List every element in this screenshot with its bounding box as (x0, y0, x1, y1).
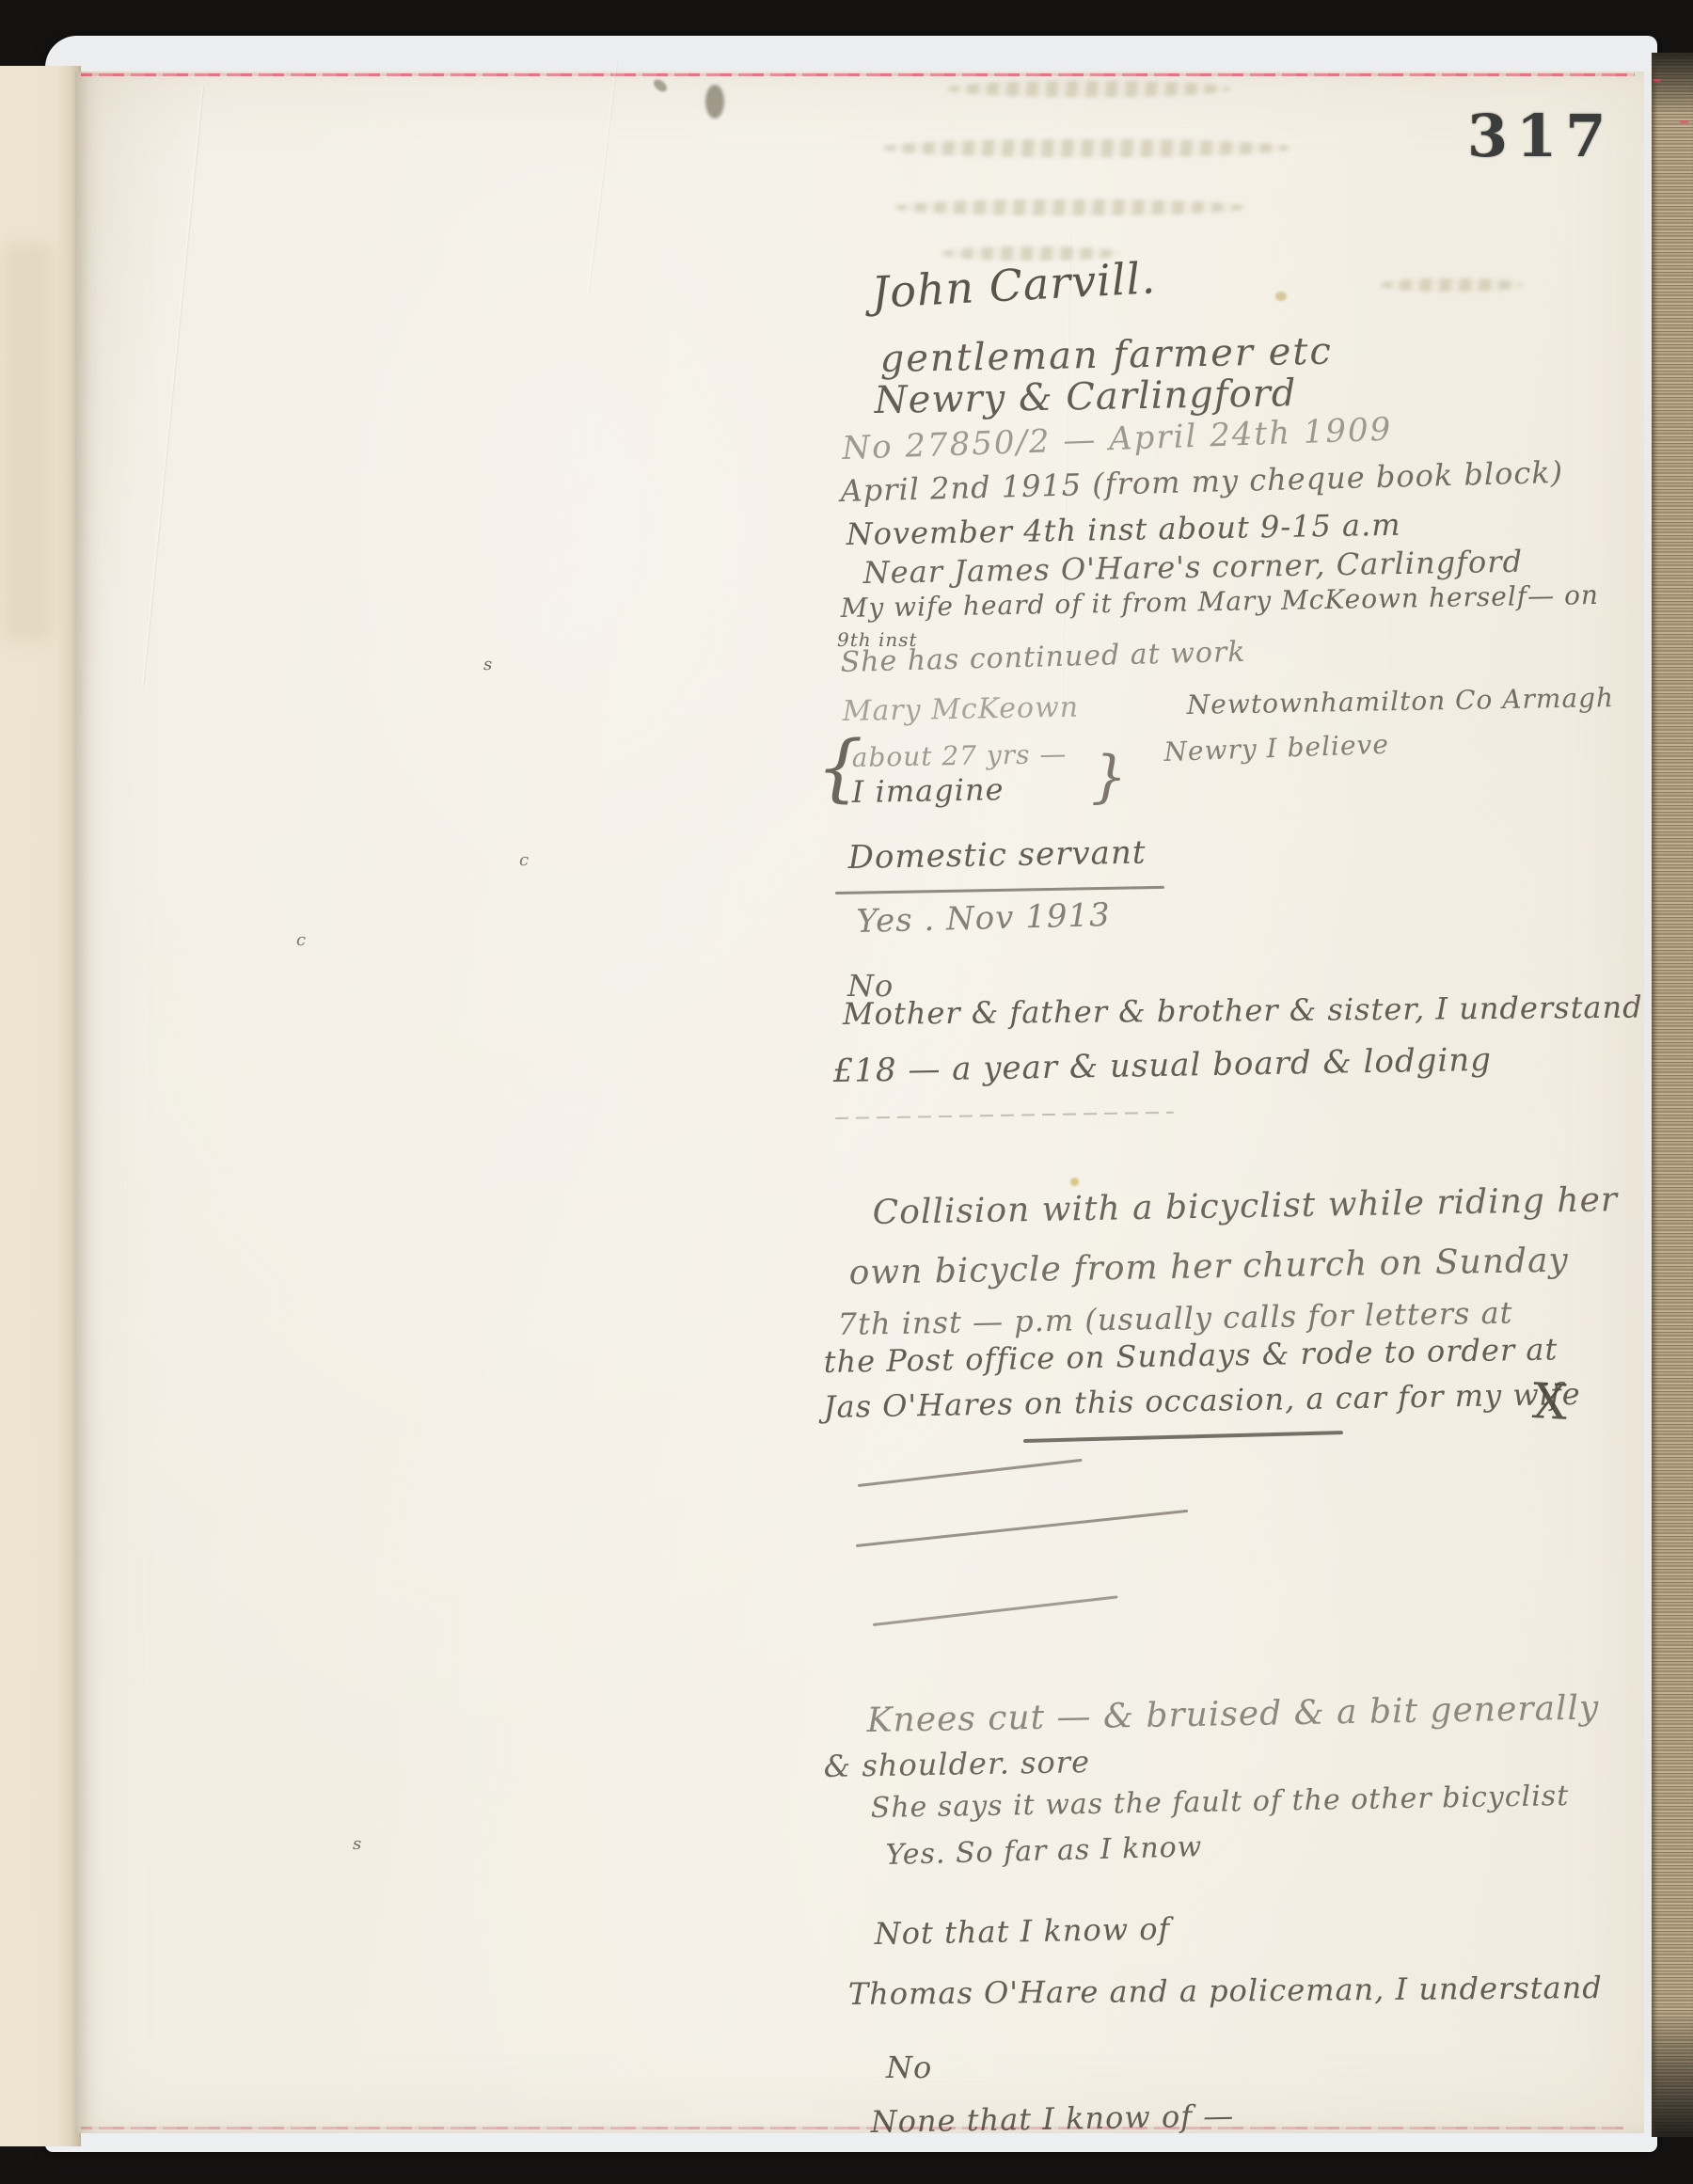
witness-age-note: I imagine (851, 774, 1004, 807)
witness-birthplace: Newry I believe (1163, 732, 1389, 766)
address-line: Newry & Carlingford (874, 374, 1296, 419)
occupation-line: gentleman farmer etc (879, 333, 1333, 378)
family-line: Mother & father & brother & sister, I un… (843, 992, 1643, 1029)
answer-not-that-line: Not that I know of (874, 1914, 1170, 1949)
witness-address: Newtownhamilton Co Armagh (1187, 685, 1615, 719)
stray-mark: c (296, 932, 307, 949)
witness-occupation: Domestic servant (847, 836, 1146, 874)
bleed-through-mark (895, 199, 1243, 215)
witnesses-present-line: Thomas O'Hare and a policeman, I underst… (848, 1972, 1603, 2009)
fore-edge-red-mark (1680, 120, 1688, 123)
none-known-line: None that I know of — (870, 2100, 1234, 2137)
facing-page-smear (6, 245, 51, 640)
answer-yes-line: Yes. So far as I know (885, 1833, 1203, 1870)
ink-smudge (705, 85, 724, 119)
bleed-through-mark (948, 81, 1230, 97)
brace-close: } (1091, 749, 1128, 805)
answer-no-2: No (886, 2052, 932, 2082)
service-date-line: Yes . Nov 1913 (856, 899, 1111, 938)
scanned-notebook-photo: 317 John Carvill. gentleman farmer etc N… (0, 0, 1693, 2184)
page-bottom-red-rule (81, 2127, 1623, 2129)
book-fore-edge (1652, 53, 1693, 2137)
witness-age: about 27 yrs — (852, 741, 1068, 771)
incident-date-line: November 4th inst about 9-15 a.m (846, 510, 1400, 549)
bleed-through-mark (884, 139, 1289, 157)
witness-name: Mary McKeown (842, 694, 1079, 726)
page-top-red-rule (81, 73, 1635, 76)
manuscript-page (75, 71, 1644, 2133)
injury-shoulder-line: & shoulder. sore (823, 1747, 1090, 1781)
page-number-stamp: 317 (1467, 102, 1614, 170)
stray-mark: s (353, 1836, 362, 1853)
paper-spot (1070, 1178, 1079, 1186)
x-mark: X (1531, 1377, 1570, 1428)
fore-edge-red-mark (1653, 79, 1660, 82)
stray-mark: c (519, 852, 530, 869)
bleed-through-mark (1381, 278, 1522, 292)
stray-mark: s (483, 657, 493, 673)
paper-spot (1275, 292, 1287, 301)
